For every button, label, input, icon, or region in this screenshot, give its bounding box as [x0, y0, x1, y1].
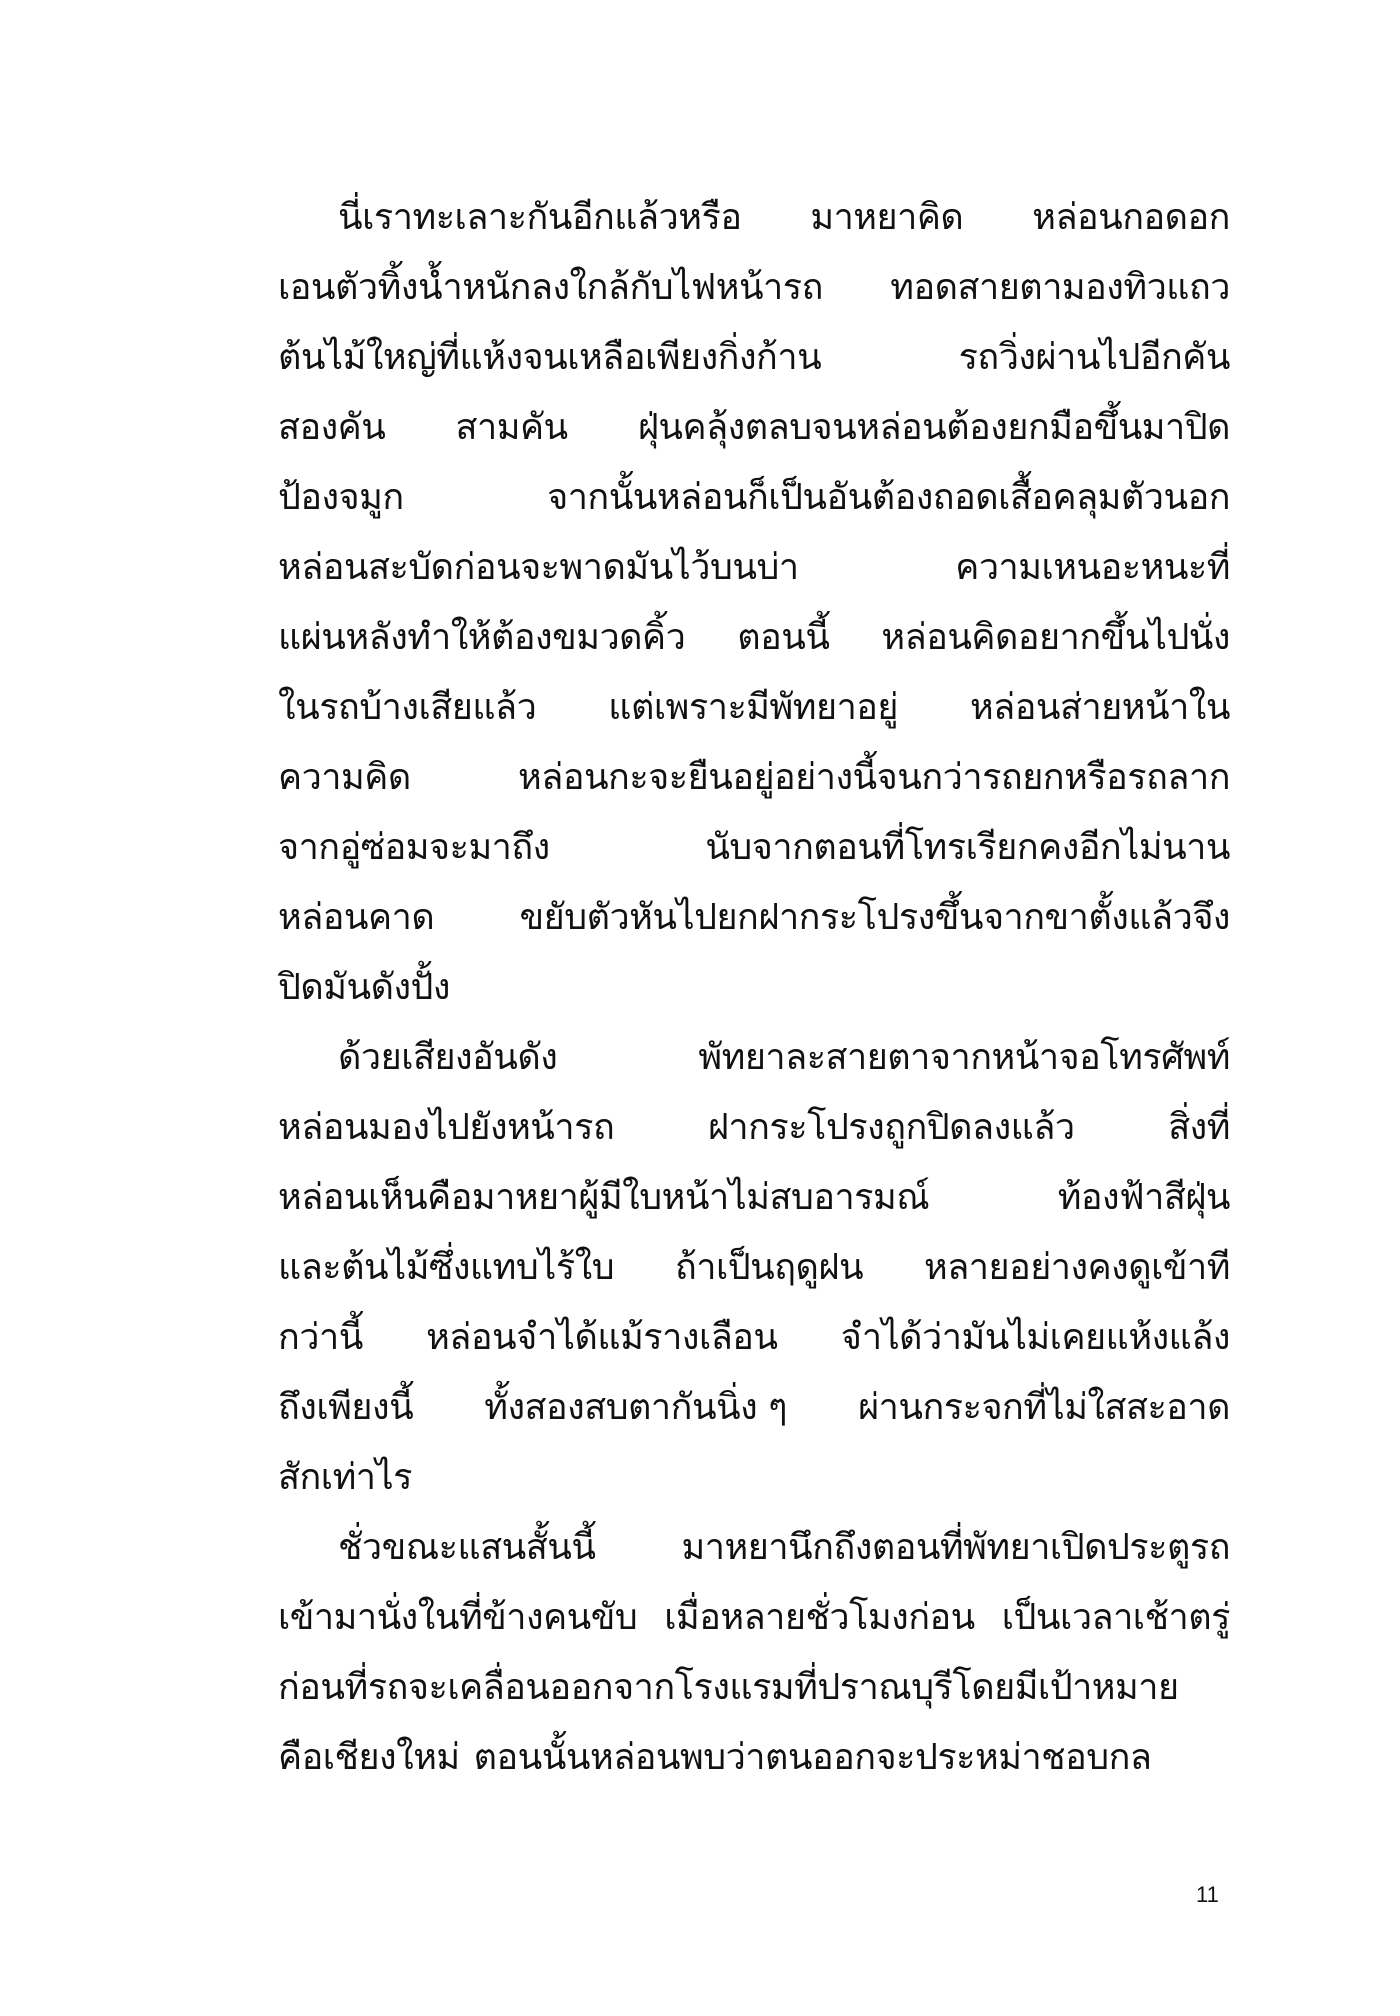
text-segment: ปิดมันดังปั้ง	[278, 953, 450, 1023]
text-line: คือเชียงใหม่ตอนนั้นหล่อนพบว่าตนออกจะประห…	[278, 1723, 1230, 1793]
text-line: ด้วยเสียงอันดังพัทยาละสายตาจากหน้าจอโทรศ…	[278, 1023, 1230, 1093]
text-line: จากอู่ซ่อมจะมาถึงนับจากตอนที่โทรเรียกคงอ…	[278, 813, 1230, 883]
text-segment: หล่อนจำได้แม้รางเลือน	[426, 1303, 777, 1373]
text-line: ก่อนที่รถจะเคลื่อนออกจากโรงแรมที่ปราณบุร…	[278, 1653, 1230, 1723]
paragraph: นี่เราทะเลาะกันอีกแล้วหรือมาหยาคิดหล่อนก…	[278, 183, 1230, 1023]
text-segment: หล่อนกะจะยืนอยู่อย่างนี้จนกว่ารถยกหรือรถ…	[518, 743, 1230, 813]
text-segment: มาหยานึกถึงตอนที่พัทยาเปิดประตูรถ	[682, 1513, 1230, 1583]
text-line: ความคิดหล่อนกะจะยืนอยู่อย่างนี้จนกว่ารถย…	[278, 743, 1230, 813]
text-segment: หล่อนสะบัดก่อนจะพาดมันไว้บนบ่า	[278, 533, 799, 603]
text-segment: ทั้งสองสบตากันนิ่ง ๆ	[484, 1373, 787, 1443]
text-segment: ป้องจมูก	[278, 463, 404, 533]
text-segment: หล่อนส่ายหน้าใน	[970, 673, 1230, 743]
text-segment: เป็นเวลาเช้าตรู่	[1002, 1583, 1230, 1653]
text-segment: สิ่งที่	[1168, 1093, 1230, 1163]
text-segment: ผ่านกระจกที่ไม่ใสสะอาด	[858, 1373, 1230, 1443]
text-segment: ถ้าเป็นฤดูฝน	[675, 1233, 863, 1303]
text-segment: ในรถบ้างเสียแล้ว	[278, 673, 536, 743]
text-segment: และต้นไม้ซึ่งแทบไร้ใบ	[278, 1233, 614, 1303]
text-segment: กว่านี้	[278, 1303, 363, 1373]
text-segment: เข้ามานั่งในที่ข้างคนขับ	[278, 1583, 637, 1653]
text-segment: จากนั้นหล่อนก็เป็นอันต้องถอดเสื้อคลุมตัว…	[547, 463, 1230, 533]
paragraph: ชั่วขณะแสนสั้นนี้มาหยานึกถึงตอนที่พัทยาเ…	[278, 1513, 1230, 1793]
body-text: นี่เราทะเลาะกันอีกแล้วหรือมาหยาคิดหล่อนก…	[278, 183, 1230, 1793]
text-line: สักเท่าไร	[278, 1443, 1230, 1513]
text-line: และต้นไม้ซึ่งแทบไร้ใบถ้าเป็นฤดูฝนหลายอย่…	[278, 1233, 1230, 1303]
text-line: หล่อนเห็นคือมาหยาผู้มีใบหน้าไม่สบอารมณ์ท…	[278, 1163, 1230, 1233]
text-segment: ท้องฟ้าสีฝุ่น	[1058, 1163, 1230, 1233]
text-segment: ถึงเพียงนี้	[278, 1373, 413, 1443]
text-segment: นับจากตอนที่โทรเรียกคงอีกไม่นาน	[705, 813, 1230, 883]
text-segment: แผ่นหลังทำให้ต้องขมวดคิ้ว	[278, 603, 685, 673]
text-segment: ฝุ่นคลุ้งตลบจนหล่อนต้องยกมือขึ้นมาปิด	[638, 393, 1230, 463]
text-segment: หล่อนคิดอยากขึ้นไปนั่ง	[881, 603, 1230, 673]
text-segment: ชั่วขณะแสนสั้นนี้	[338, 1513, 595, 1583]
text-line: สองคันสามคันฝุ่นคลุ้งตลบจนหล่อนต้องยกมือ…	[278, 393, 1230, 463]
text-segment: สักเท่าไร	[278, 1443, 412, 1513]
text-segment: ฝากระโปรงถูกปิดลงแล้ว	[708, 1093, 1075, 1163]
text-segment: คือเชียงใหม่	[278, 1723, 460, 1793]
text-line: ปิดมันดังปั้ง	[278, 953, 1230, 1023]
text-segment: แต่เพราะมีพัทยาอยู่	[608, 673, 898, 743]
text-segment: ต้นไม้ใหญ่ที่แห้งจนเหลือเพียงกิ่งก้าน	[278, 323, 821, 393]
text-line: หล่อนคาดขยับตัวหันไปยกฝากระโปรงขึ้นจากขา…	[278, 883, 1230, 953]
document-page: นี่เราทะเลาะกันอีกแล้วหรือมาหยาคิดหล่อนก…	[0, 0, 1400, 2016]
text-segment: ทอดสายตามองทิวแถว	[890, 253, 1230, 323]
text-line: ในรถบ้างเสียแล้วแต่เพราะมีพัทยาอยู่หล่อน…	[278, 673, 1230, 743]
text-line: เข้ามานั่งในที่ข้างคนขับเมื่อหลายชั่วโมง…	[278, 1583, 1230, 1653]
text-line: เอนตัวทิ้งน้ำหนักลงใกล้กับไฟหน้ารถทอดสาย…	[278, 253, 1230, 323]
text-line: หล่อนมองไปยังหน้ารถฝากระโปรงถูกปิดลงแล้ว…	[278, 1093, 1230, 1163]
text-line: ป้องจมูกจากนั้นหล่อนก็เป็นอันต้องถอดเสื้…	[278, 463, 1230, 533]
text-segment: รถวิ่งผ่านไปอีกคัน	[959, 323, 1230, 393]
text-segment: หล่อนเห็นคือมาหยาผู้มีใบหน้าไม่สบอารมณ์	[278, 1163, 929, 1233]
text-segment: ความเหนอะหนะที่	[955, 533, 1230, 603]
text-segment: หล่อนมองไปยังหน้ารถ	[278, 1093, 614, 1163]
text-segment: ด้วยเสียงอันดัง	[338, 1023, 557, 1093]
text-line: แผ่นหลังทำให้ต้องขมวดคิ้วตอนนี้หล่อนคิดอ…	[278, 603, 1230, 673]
text-line: ถึงเพียงนี้ทั้งสองสบตากันนิ่ง ๆผ่านกระจก…	[278, 1373, 1230, 1443]
text-segment: เมื่อหลายชั่วโมงก่อน	[664, 1583, 975, 1653]
text-line: นี่เราทะเลาะกันอีกแล้วหรือมาหยาคิดหล่อนก…	[278, 183, 1230, 253]
text-segment: จำได้ว่ามันไม่เคยแห้งแล้ง	[841, 1303, 1230, 1373]
text-segment: ตอนนี้	[737, 603, 829, 673]
text-segment: นี่เราทะเลาะกันอีกแล้วหรือ	[338, 183, 741, 253]
text-line: ชั่วขณะแสนสั้นนี้มาหยานึกถึงตอนที่พัทยาเ…	[278, 1513, 1230, 1583]
text-segment: สามคัน	[456, 393, 568, 463]
text-segment: หลายอย่างคงดูเข้าที	[924, 1233, 1230, 1303]
text-segment: หล่อนคาด	[278, 883, 434, 953]
text-line: กว่านี้หล่อนจำได้แม้รางเลือนจำได้ว่ามันไ…	[278, 1303, 1230, 1373]
text-segment: ขยับตัวหันไปยกฝากระโปรงขึ้นจากขาตั้งแล้ว…	[520, 883, 1230, 953]
text-segment: ตอนนั้นหล่อนพบว่าตนออกจะประหม่าชอบกล	[474, 1723, 1152, 1793]
text-line: ต้นไม้ใหญ่ที่แห้งจนเหลือเพียงกิ่งก้านรถว…	[278, 323, 1230, 393]
text-segment: มาหยาคิด	[810, 183, 963, 253]
text-segment: ความคิด	[278, 743, 411, 813]
paragraph: ด้วยเสียงอันดังพัทยาละสายตาจากหน้าจอโทรศ…	[278, 1023, 1230, 1513]
text-segment: หล่อนกอดอก	[1032, 183, 1230, 253]
text-line: หล่อนสะบัดก่อนจะพาดมันไว้บนบ่าความเหนอะห…	[278, 533, 1230, 603]
text-segment: พัทยาละสายตาจากหน้าจอโทรศัพท์	[698, 1023, 1230, 1093]
text-segment: เอนตัวทิ้งน้ำหนักลงใกล้กับไฟหน้ารถ	[278, 253, 823, 323]
text-segment: สองคัน	[278, 393, 385, 463]
text-segment: จากอู่ซ่อมจะมาถึง	[278, 813, 550, 883]
text-segment: ก่อนที่รถจะเคลื่อนออกจากโรงแรมที่ปราณบุร…	[278, 1653, 1179, 1723]
page-number: 11	[1196, 1882, 1219, 1908]
